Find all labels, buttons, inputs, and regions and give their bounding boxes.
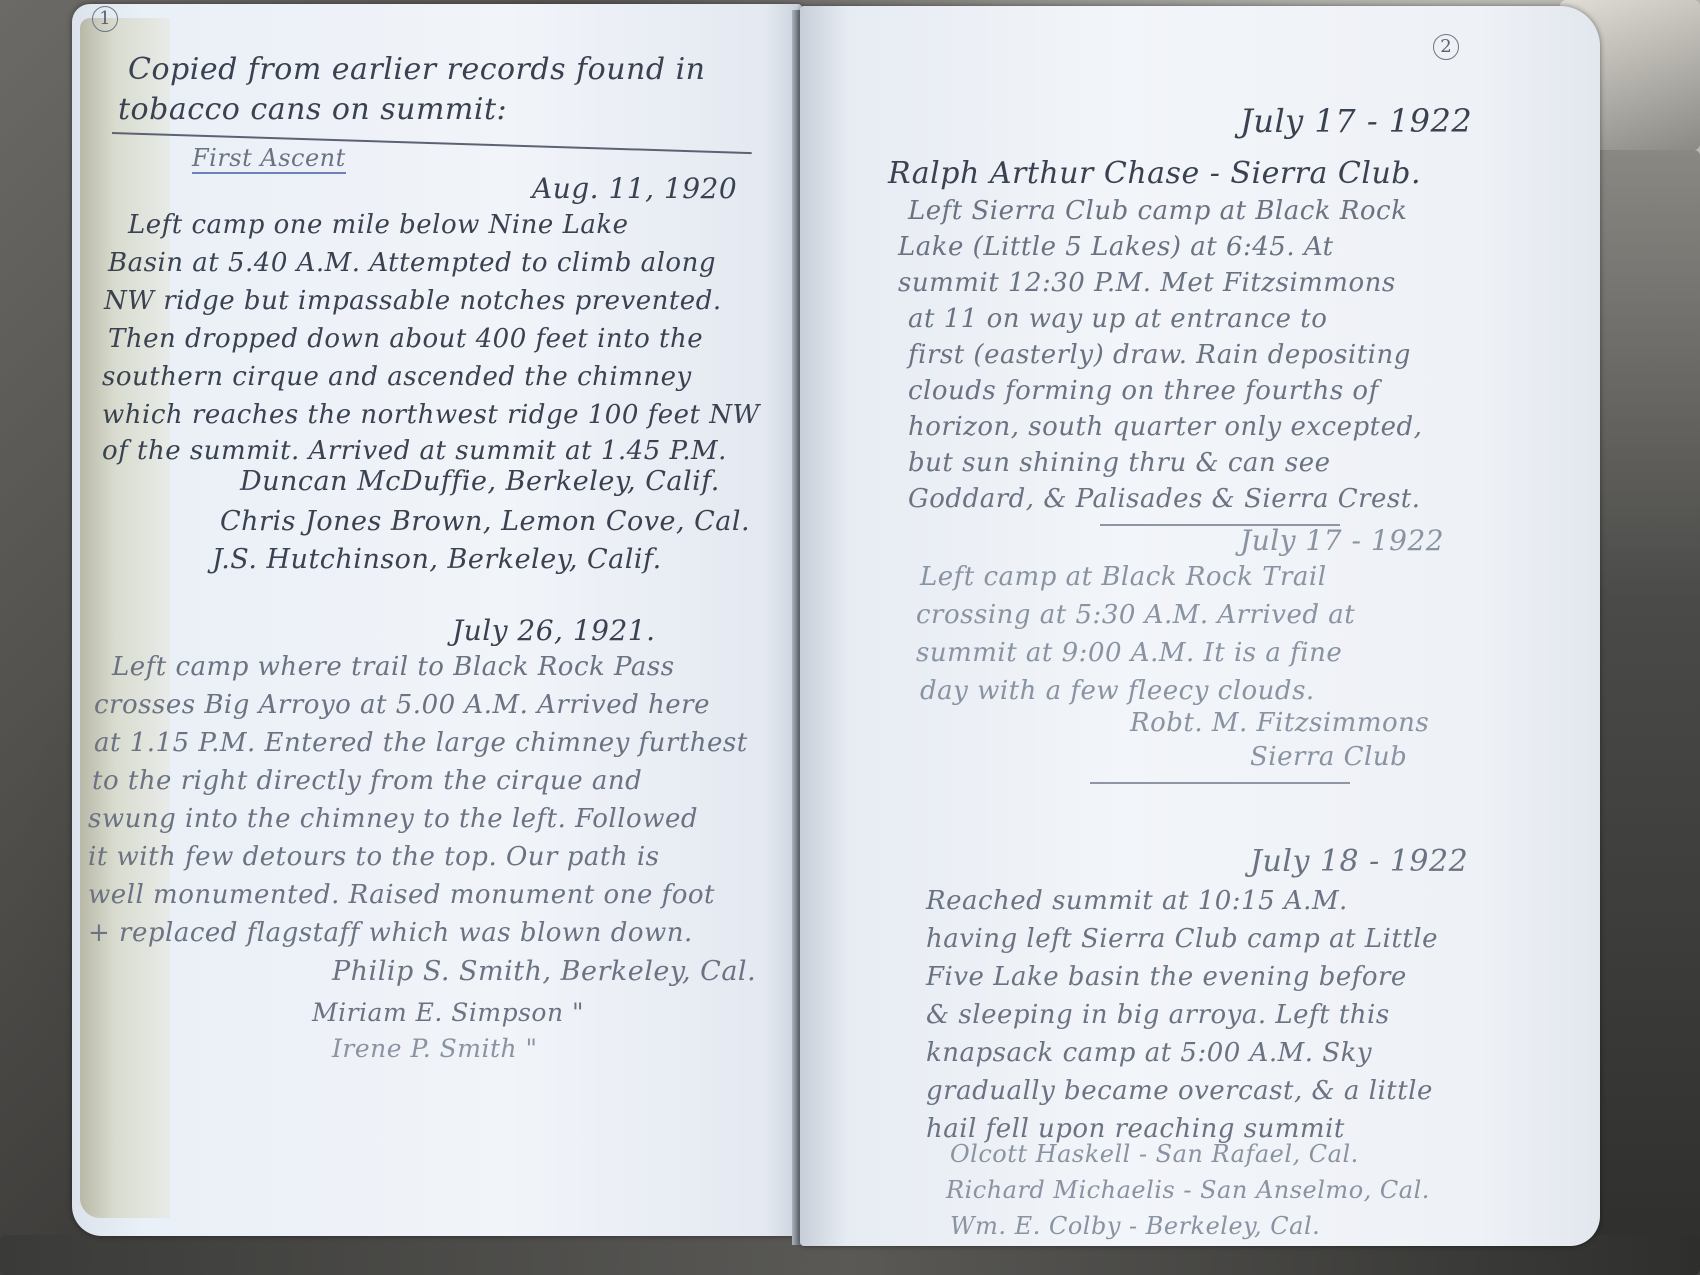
entry-date: July 18 - 1922 bbox=[1250, 844, 1468, 879]
entry-line: & sleeping in big arroya. Left this bbox=[926, 1000, 1390, 1030]
entry-date: July 17 - 1922 bbox=[1240, 102, 1472, 140]
signature: J.S. Hutchinson, Berkeley, Calif. bbox=[212, 544, 662, 575]
entry-line: Reached summit at 10:15 A.M. bbox=[926, 886, 1348, 916]
entry-date: July 26, 1921. bbox=[452, 614, 656, 647]
entry-line: day with a few fleecy clouds. bbox=[920, 676, 1315, 706]
first-ascent-label: First Ascent bbox=[192, 144, 346, 174]
entry-line: + replaced flagstaff which was blown dow… bbox=[88, 918, 693, 948]
entry-line: Goddard, & Palisades & Sierra Crest. bbox=[908, 484, 1420, 514]
entry-line: Left camp at Black Rock Trail bbox=[920, 562, 1327, 592]
entry-line: of the summit. Arrived at summit at 1.45… bbox=[102, 436, 727, 466]
entry-line: gradually became overcast, & a little bbox=[926, 1076, 1433, 1106]
entry-line: Left Sierra Club camp at Black Rock bbox=[908, 196, 1407, 226]
entry-line: horizon, south quarter only excepted, bbox=[908, 412, 1422, 442]
entry-line: summit at 9:00 A.M. It is a fine bbox=[916, 638, 1342, 668]
entry-divider bbox=[1090, 782, 1350, 784]
entry-line: but sun shining thru & can see bbox=[908, 448, 1331, 478]
signature: Philip S. Smith, Berkeley, Cal. bbox=[332, 956, 756, 987]
signature: Wm. E. Colby - Berkeley, Cal. bbox=[950, 1212, 1320, 1240]
entry-date: Aug. 11, 1920 bbox=[532, 172, 737, 205]
entry-line: Basin at 5.40 A.M. Attempted to climb al… bbox=[108, 248, 716, 278]
entry-line: clouds forming on three fourths of bbox=[908, 376, 1379, 406]
signature: Richard Michaelis - San Anselmo, Cal. bbox=[946, 1176, 1430, 1204]
entry-line: summit 12:30 P.M. Met Fitzsimmons bbox=[898, 268, 1396, 298]
signature: Chris Jones Brown, Lemon Cove, Cal. bbox=[220, 506, 750, 537]
entry-line: Left camp where trail to Black Rock Pass bbox=[112, 652, 675, 682]
entry-line: Ralph Arthur Chase - Sierra Club. bbox=[888, 156, 1421, 191]
entry-line: Left camp one mile below Nine Lake bbox=[128, 210, 629, 240]
signature: Robt. M. Fitzsimmons bbox=[1130, 708, 1429, 738]
entry-line: crossing at 5:30 A.M. Arrived at bbox=[916, 600, 1355, 630]
summit-register-notebook: 1 Copied from earlier records found in t… bbox=[0, 0, 1700, 1275]
signature: Sierra Club bbox=[1250, 742, 1407, 772]
entry-line: at 11 on way up at entrance to bbox=[908, 304, 1327, 334]
signature: Miriam E. Simpson " bbox=[312, 998, 584, 1027]
entry-line: at 1.15 P.M. Entered the large chimney f… bbox=[94, 728, 748, 758]
entry-line: having left Sierra Club camp at Little bbox=[926, 924, 1438, 954]
entry-line: southern cirque and ascended the chimney bbox=[102, 362, 692, 392]
underlying-pages-edge bbox=[80, 18, 170, 1218]
entry-line: swung into the chimney to the left. Foll… bbox=[88, 804, 698, 834]
entry-date: July 17 - 1922 bbox=[1240, 524, 1444, 557]
left-page: 1 Copied from earlier records found in t… bbox=[72, 4, 802, 1236]
entry-line: to the right directly from the cirque an… bbox=[92, 766, 642, 796]
entry-line: Five Lake basin the evening before bbox=[926, 962, 1407, 992]
entry-line: first (easterly) draw. Rain depositing bbox=[908, 340, 1411, 370]
entry-line: crosses Big Arroyo at 5.00 A.M. Arrived … bbox=[94, 690, 710, 720]
entry-line: Lake (Little 5 Lakes) at 6:45. At bbox=[898, 232, 1334, 262]
entry-line: Then dropped down about 400 feet into th… bbox=[108, 324, 703, 354]
entry-line: it with few detours to the top. Our path… bbox=[88, 842, 660, 872]
page-number-left: 1 bbox=[92, 6, 118, 32]
header-line-2: tobacco cans on summit: bbox=[118, 92, 507, 127]
right-page: 2 July 17 - 1922 Ralph Arthur Chase - Si… bbox=[800, 6, 1600, 1246]
signature: Olcott Haskell - San Rafael, Cal. bbox=[950, 1140, 1359, 1168]
signature: Duncan McDuffie, Berkeley, Calif. bbox=[240, 466, 720, 497]
entry-line: well monumented. Raised monument one foo… bbox=[88, 880, 715, 910]
page-number-right: 2 bbox=[1433, 34, 1459, 60]
entry-line: knapsack camp at 5:00 A.M. Sky bbox=[926, 1038, 1372, 1068]
entry-line: NW ridge but impassable notches prevente… bbox=[104, 286, 722, 316]
signature: Irene P. Smith " bbox=[332, 1034, 538, 1063]
header-line-1: Copied from earlier records found in bbox=[128, 52, 706, 87]
entry-line: which reaches the northwest ridge 100 fe… bbox=[102, 400, 760, 430]
